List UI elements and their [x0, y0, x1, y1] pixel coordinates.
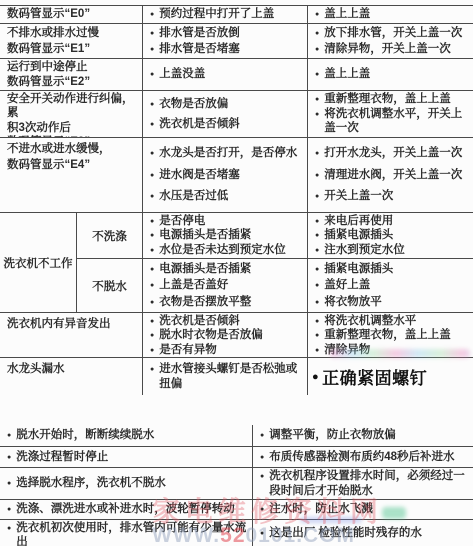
bullet-icon: ●: [312, 371, 319, 383]
table-row-faucet-leak: 水龙头漏水 ●进水管接头螺钉是否松弛或扭偏 ● 正确紧固螺钉: [0, 358, 473, 395]
table-row: ●洗涤、漂洗进水或补进水时，波轮暂停转动 ●注水时，防止水飞溅: [0, 500, 473, 520]
table-row: ●洗衣机初次使用时，排水管内可能有少量水流出 ●这是出厂 检验性能时残存的水: [0, 520, 473, 546]
explanation-cell: ●布质传感器检测布质约48秒后补进水: [253, 447, 473, 467]
solution-cell: ●打开水龙头，开关上盖一次●清理进水阀，开关上盖一次●开关上盖一次: [308, 138, 473, 212]
subrow-no-spin: 不脱水 ●电源插头是否插紧●上盖是否盖好●衣物是否摆放平整 ●插紧电源插头●盖好…: [77, 259, 473, 312]
checkpoint-cell: ●上盖没盖: [143, 59, 308, 90]
explanation-cell: ●注水时，防止水飞溅: [253, 500, 473, 519]
explanation-cell: ●洗衣机程序设置排水时间，必须经过一段时间后才开始脱水: [253, 468, 473, 499]
table-row-e4: 不进水或进水缓慢，数码管显示“E4” ●水龙头是否打开，是否停水●进水阀是否堵塞…: [0, 138, 473, 213]
problem-cell: 数码管显示“E0”: [0, 6, 143, 23]
table-row-e2: 运行到中途停止数码管显示“E2” ●上盖没盖 ●盖上上盖: [0, 59, 473, 91]
solution-highlight-text: 正确紧固螺钉: [322, 364, 427, 389]
troubleshooting-table: 数码管显示“E0” ●预约过程中打开了上盖 ●盖上上盖 不排水或排水过慢数码管显…: [0, 5, 473, 395]
phenomenon-cell: ●洗衣机初次使用时，排水管内可能有少量水流出: [0, 520, 253, 546]
table-row: ●脱水开始时，断断续续脱水 ●调整平衡，防止衣物放偏: [0, 425, 473, 447]
sub-problem-cell: 不洗涤: [77, 213, 143, 258]
phenomenon-cell: ●洗涤、漂洗进水或补进水时，波轮暂停转动: [0, 500, 253, 519]
solution-cell: ●盖上上盖: [308, 59, 473, 90]
table-row-noise: 洗衣机内有异音发出 ●洗衣机是否倾斜●脱水时衣物是否放偏●是否有异物 ●将洗衣机…: [0, 313, 473, 358]
table-row: ●洗涤过程暂时停止 ●布质传感器检测布质约48秒后补进水: [0, 447, 473, 468]
checkpoint-cell: ●水龙头是否打开，是否停水●进水阀是否堵塞●水压是否过低: [143, 138, 308, 212]
explanation-cell: ●调整平衡，防止衣物放偏: [253, 425, 473, 446]
solution-cell: ●来电后再使用●插紧电源插头●注水到预定水位: [308, 213, 473, 258]
table-row-not-working: 洗衣机不工作 不洗涤 ●是否停电●电源插头是否插紧●水位是否未达到预定水位 ●来…: [0, 213, 473, 313]
table-row-e3: 安全开关动作进行纠偏，累积3次动作后数码管显示“E3” ●衣物是否放偏●洗衣机是…: [0, 91, 473, 138]
checkpoint-cell: ●衣物是否放偏●洗衣机是否倾斜: [143, 91, 308, 137]
problem-group-cell: 洗衣机不工作: [0, 213, 77, 312]
checkpoint-cell: ●洗衣机是否倾斜●脱水时衣物是否放偏●是否有异物: [143, 313, 308, 357]
table-row-e0: 数码管显示“E0” ●预约过程中打开了上盖 ●盖上上盖: [0, 6, 473, 24]
solution-cell: ●盖上上盖: [308, 6, 473, 23]
problem-subrows: 不洗涤 ●是否停电●电源插头是否插紧●水位是否未达到预定水位 ●来电后再使用●插…: [77, 213, 473, 312]
phenomenon-cell: ●洗涤过程暂时停止: [0, 447, 253, 467]
explanation-cell: ●这是出厂 检验性能时残存的水: [253, 520, 473, 546]
problem-cell: 洗衣机内有异音发出: [0, 313, 143, 357]
solution-cell: ●放下排水管，开关上盖一次●清除异物，开关上盖一次: [308, 24, 473, 58]
subrow-no-wash: 不洗涤 ●是否停电●电源插头是否插紧●水位是否未达到预定水位 ●来电后再使用●插…: [77, 213, 473, 259]
solution-highlight-cell: ● 正确紧固螺钉: [308, 358, 473, 395]
phenomenon-cell: ●脱水开始时，断断续续脱水: [0, 425, 253, 446]
table-row-e1: 不排水或排水过慢数码管显示“E1” ●排水管是否放倒●排水管是否堵塞 ●放下排水…: [0, 24, 473, 59]
checkpoint-cell: ●是否停电●电源插头是否插紧●水位是否未达到预定水位: [143, 213, 308, 258]
problem-cell: 不排水或排水过慢数码管显示“E1”: [0, 24, 143, 58]
manual-troubleshooting-page: 数码管显示“E0” ●预约过程中打开了上盖 ●盖上上盖 不排水或排水过慢数码管显…: [0, 0, 473, 546]
solution-cell: ●将洗衣机调整水平●重新整理衣物，盖上上盖●清除异物: [308, 313, 473, 357]
checkpoint-cell: ●电源插头是否插紧●上盖是否盖好●衣物是否摆放平整: [143, 259, 308, 312]
solution-cell: ●插紧电源插头●盖好上盖●将衣物放平: [308, 259, 473, 312]
checkpoint-cell: ●进水管接头螺钉是否松弛或扭偏: [143, 358, 308, 395]
problem-cell: 不进水或进水缓慢，数码管显示“E4”: [0, 138, 143, 212]
problem-cell: 安全开关动作进行纠偏，累积3次动作后数码管显示“E3”: [0, 91, 143, 137]
checkpoint-cell: ●预约过程中打开了上盖: [143, 6, 308, 23]
solution-cell: ●重新整理衣物，盖上上盖●将洗衣机调整水平，开关上盖一次: [308, 91, 473, 137]
phenomenon-cell: ●选择脱水程序，洗衣机不脱水: [0, 468, 253, 499]
table-row: ●选择脱水程序，洗衣机不脱水 ●洗衣机程序设置排水时间，必须经过一段时间后才开始…: [0, 468, 473, 500]
problem-cell: 水龙头漏水: [0, 358, 143, 395]
normal-phenomena-table: ●脱水开始时，断断续续脱水 ●调整平衡，防止衣物放偏 ●洗涤过程暂时停止 ●布质…: [0, 425, 473, 546]
sub-problem-cell: 不脱水: [77, 259, 143, 312]
checkpoint-cell: ●排水管是否放倒●排水管是否堵塞: [143, 24, 308, 58]
problem-cell: 运行到中途停止数码管显示“E2”: [0, 59, 143, 90]
